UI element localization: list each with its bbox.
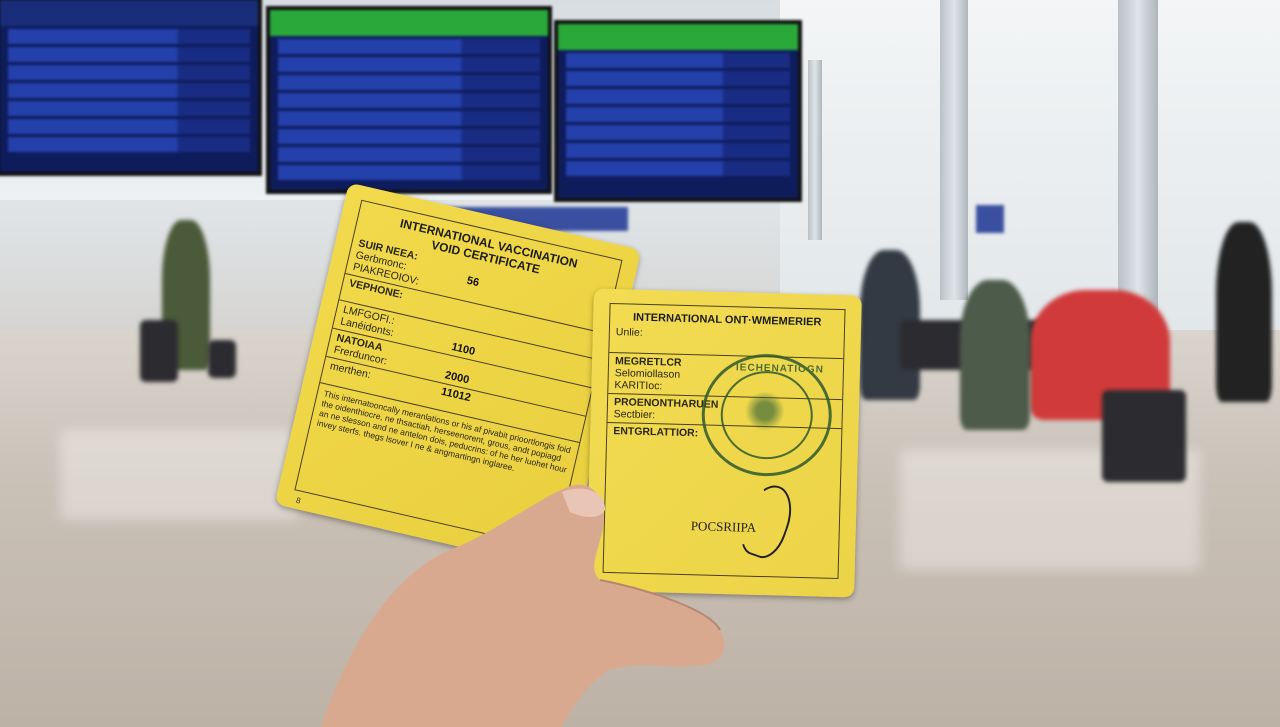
- departure-board: [0, 0, 262, 176]
- departure-board: [554, 20, 802, 202]
- floor-reflection: [60, 430, 300, 520]
- overhead-sign: [976, 205, 1004, 233]
- traveler: [960, 280, 1030, 430]
- terminal-pillar: [808, 60, 822, 240]
- suitcase: [140, 320, 178, 382]
- departure-board: [266, 6, 552, 194]
- signature-label: POCSRIIPA: [691, 518, 757, 536]
- booklet-right-page: INTERNATIONAL ONT·WMEMERIER Unlie: MEGRE…: [586, 289, 862, 598]
- page-number: 8: [295, 496, 301, 506]
- traveler: [1216, 222, 1272, 402]
- suitcase: [208, 340, 236, 378]
- eagle-emblem-icon: [744, 391, 785, 432]
- departure-board-header: [558, 24, 798, 50]
- suitcase: [1102, 390, 1186, 482]
- departure-board-header: [270, 10, 548, 36]
- official-stamp: IECHENATIOGN: [700, 352, 833, 477]
- certificate-frame: INTERNATIONAL VACCINATION VOID CERTIFICA…: [294, 200, 622, 551]
- certificate-frame: INTERNATIONAL ONT·WMEMERIER Unlie: MEGRE…: [603, 303, 846, 579]
- terminal-pillar: [1118, 0, 1158, 320]
- terminal-pillar: [940, 0, 968, 300]
- terminal-window-wall: [780, 0, 1280, 330]
- departure-board-header: [0, 0, 258, 26]
